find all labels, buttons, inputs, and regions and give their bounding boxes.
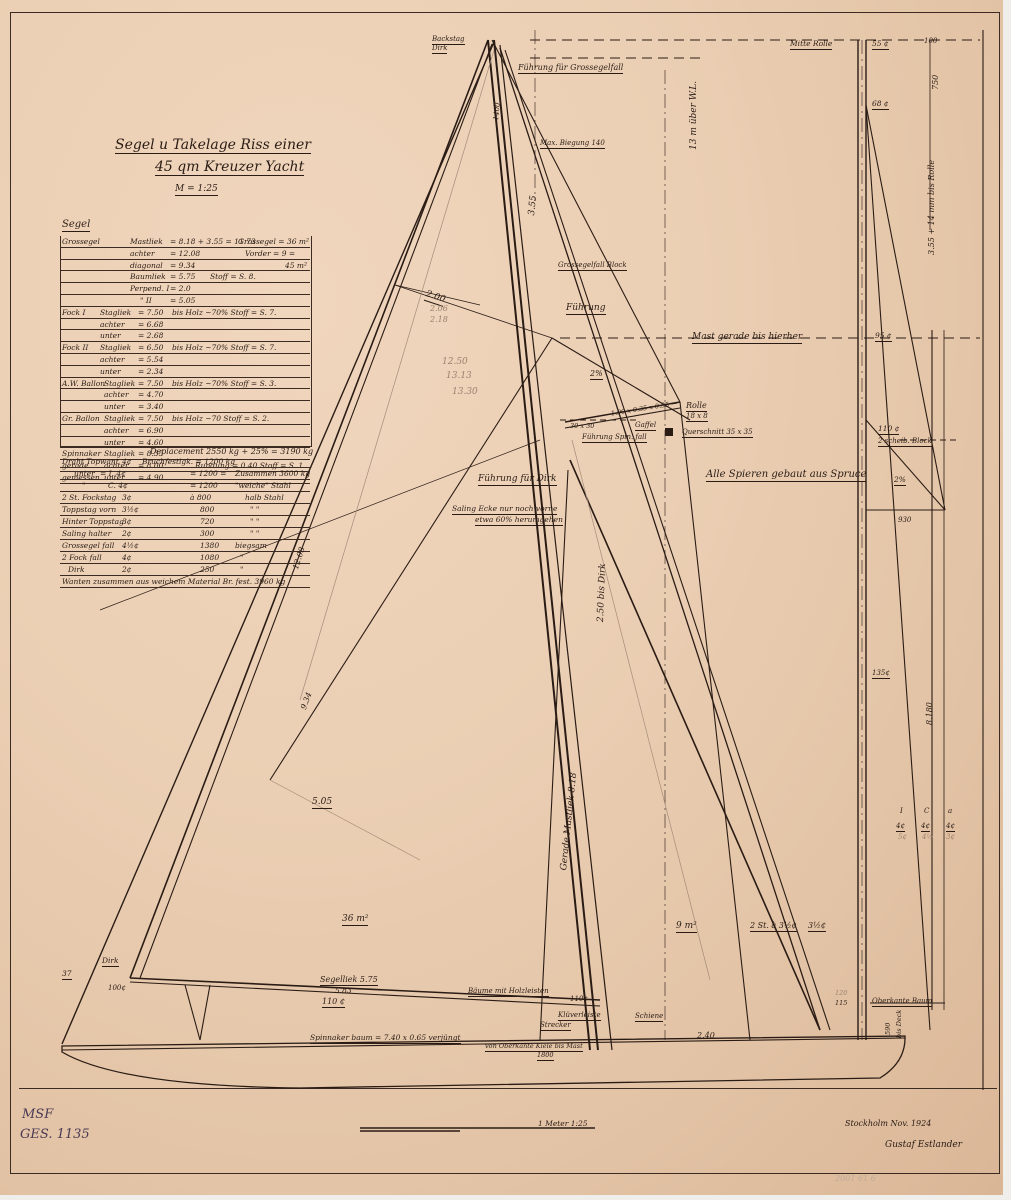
displacement-note: Deplacement 2550 kg + 25% = 3190 kg: [150, 448, 313, 456]
stay-col-size: 4¢: [946, 823, 955, 832]
stays-label: 2 St. à 3½¢: [750, 922, 797, 932]
boom-top-label: Oberkante Baum: [872, 998, 932, 1007]
table-row: "C. 4¢= 1200"weiche" Stahl: [60, 480, 310, 492]
spreader-note-2: etwa 60% herumgehen: [475, 516, 563, 526]
archive-number: GES. 1135: [20, 1128, 90, 1141]
stay-col-label: C: [924, 808, 929, 815]
place-date: Stockholm Nov. 1924: [845, 1120, 931, 1128]
single-stay-label: 3½¢: [808, 922, 826, 932]
to-deck-label: bis Deck: [896, 1010, 903, 1038]
pencil-218: 2.18: [430, 316, 448, 324]
table-row: 2 St. Fockstag3¢à 800halb Stahl: [60, 492, 310, 504]
pencil-1250: 12.50: [442, 358, 468, 367]
table-row: Fock IIStagliek= 6.50bis Holz ~70% Stoff…: [60, 342, 310, 354]
table-row: achter= 4.70: [60, 389, 310, 401]
table-row: Fock IStagliek= 7.50bis Holz ~70% Stoff …: [60, 307, 310, 319]
cleat-strip-label: Klüverleiste: [558, 1012, 601, 1021]
dim-115: 115: [835, 1000, 847, 1007]
table-row: Draht Topwant4¢Bruchfestigk. = 1200 kg: [60, 456, 310, 468]
mainsail-area: 36 m²: [342, 915, 368, 926]
sheave-offset-note: 3.55 + 14 mm bis Rolle: [928, 160, 936, 255]
spinnaker-boom-label: Spinnaker baum = 7.40 x 0.65 verjüngt: [310, 1034, 461, 1044]
table-row: Grossegel fall4½¢1380biegsam: [60, 540, 310, 552]
stay-col-pencil: 3¢: [946, 834, 955, 841]
gaff-section: 30 x 30: [570, 423, 594, 430]
dirk-top-label: Dirk: [432, 45, 447, 54]
dim-120: 120: [835, 990, 847, 997]
dim-590: 590: [885, 1023, 892, 1035]
scale-bar-label: 1 Meter 1:25: [538, 1120, 588, 1128]
masthead-diameter: 55 ¢: [872, 40, 889, 50]
table-row: GrossegelMastliek= 8.18 + 3.55 = 11.73Gr…: [60, 236, 310, 248]
table-row: Wanten zusammen aus weichem Material Br.…: [60, 576, 310, 588]
sheave-label: Rolle: [686, 402, 707, 412]
table-row: unter= 3.40: [60, 401, 310, 413]
table-row: achter= 12.08Vorder = 9 =: [60, 248, 310, 260]
diameter-95: 95 ¢: [875, 332, 892, 342]
boom-dirk-label: Dirk: [102, 957, 119, 967]
table-row: Perpend. I= 2.0: [60, 283, 310, 295]
boom-wood-strips-label: Bäume mit Holzleisten: [468, 988, 549, 997]
dim-750: 750: [932, 75, 940, 90]
height-above-wl-label: 13 m über W.L.: [690, 81, 699, 150]
table-row: Toppstag vorn3½¢800" ": [60, 504, 310, 516]
stay-col-size: 4¢: [896, 823, 905, 832]
stay-col-pencil: 5¢: [898, 834, 907, 841]
spinnaker-halyard-guide-label: Führung Spin. fall: [582, 434, 647, 443]
table-row: Baumliek= 5.75Stoff = S. 8.: [60, 271, 310, 283]
table-row: achter= 5.54: [60, 354, 310, 366]
cross-section-label: Querschnitt 35 x 35: [682, 429, 753, 438]
stay-col-label: I: [900, 808, 903, 815]
table-row: " II= 5.05: [60, 295, 310, 307]
spreader-note-1: Saling Ecke nur noch vorne: [452, 505, 557, 515]
drawing-title: Segel u Takelage Riss einer: [115, 138, 311, 154]
pencil-1313: 13.13: [446, 372, 472, 381]
inventory-stamp: 2001 61 6: [835, 1175, 876, 1183]
wire-table: Draht Topwant4¢Bruchfestigk. = 1200 kg u…: [60, 456, 310, 588]
gaff-label: Gaffel: [635, 422, 656, 431]
keel-to-mast-label: von Oberkante Kiele bis Mast: [485, 1043, 583, 1052]
sail-table-heading: Segel: [62, 220, 90, 232]
table-row: unter= 2.34: [60, 366, 310, 378]
table-row: unter= 2.68: [60, 330, 310, 342]
mast-straight-label: Mast gerade bis hierher: [692, 333, 802, 344]
outhaul-label: Strecker: [540, 1022, 571, 1031]
archive-mark: MSF: [22, 1108, 53, 1121]
diameter-110: 110 ¢: [878, 425, 899, 435]
drawing-scale: M = 1:25: [175, 185, 218, 196]
stay-col-size: 4¢: [921, 823, 930, 832]
pct-2-right: 2%: [894, 476, 906, 486]
gaff-halyard-guide-label: Führung für Grossegelfall: [518, 64, 623, 74]
dim-930: 930: [898, 517, 911, 524]
table-row: Hinter Toppstag3¢720" ": [60, 516, 310, 528]
diameter-68: 68 ¢: [872, 100, 889, 110]
table-row: diagonal= 9.3445 m²: [60, 260, 310, 272]
halyard-block-label: Grossegelfall Block: [558, 262, 627, 271]
table-row: A.W. BallonStagliek= 7.50bis Holz ~70% S…: [60, 378, 310, 390]
stay-col-pencil: 4½: [922, 834, 933, 841]
table-row: achter= 6.68: [60, 319, 310, 331]
designer-signature: Gustaf Estlander: [885, 1141, 962, 1150]
table-row: Saling halter2¢300" ": [60, 528, 310, 540]
double-block-label: 2 scheib. Block: [878, 438, 932, 447]
pencil-1330: 13.30: [452, 388, 478, 397]
track-label: Schiene: [635, 1013, 663, 1022]
dim-240: 2.40: [697, 1032, 715, 1040]
dim-8180: 8.180: [926, 702, 934, 725]
table-row: Gr. BallonStagliek= 7.50bis Holz ~70 Sto…: [60, 413, 310, 425]
diameter-135: 135¢: [872, 670, 890, 679]
pencil-206: 2.06: [430, 305, 448, 313]
foot-length-label: Segelliek 5.75: [320, 976, 378, 986]
dim-100: 100: [924, 38, 937, 45]
dim-100-diam: 100¢: [108, 985, 126, 992]
dim-37: 37: [62, 970, 72, 980]
stay-col-label: a: [948, 808, 952, 815]
table-row: Dirk2¢250": [60, 564, 310, 576]
drawing-subtitle: 45 qm Kreuzer Yacht: [155, 160, 304, 176]
rigging-plan-drawing: [0, 0, 1011, 1200]
max-bend-label: Max. Biegung 140: [540, 140, 605, 149]
table-row: achter= 6.90: [60, 425, 310, 437]
guide-label: Führung: [566, 304, 606, 315]
sheave-size: 18 x 8: [686, 413, 708, 422]
gooseneck-diam: 110¢: [570, 996, 588, 1003]
foresail-area: 9 m²: [676, 922, 697, 933]
dim-505: 5.05: [312, 798, 332, 809]
spars-spruce-note: Alle Spieren gebaut aus Spruce: [706, 470, 866, 482]
dim-1800: 1800: [537, 1052, 554, 1061]
pct-2-left: 2%: [590, 370, 603, 380]
drawing-sheet: Segel u Takelage Riss einer 45 qm Kreuze…: [0, 0, 1003, 1195]
table-row: 2 Fock fall4¢1080": [60, 552, 310, 564]
sheave-center-label: Mitte Rolle: [790, 40, 832, 50]
foot-length-alt: 5.83: [335, 987, 352, 995]
table-row: unter= I. 4¢= 1200 =Zusammen 3600 kg: [60, 468, 310, 480]
topping-lift-guide-label: Führung für Dirk: [478, 475, 557, 486]
boom-diameter: 110 ¢: [322, 998, 345, 1008]
